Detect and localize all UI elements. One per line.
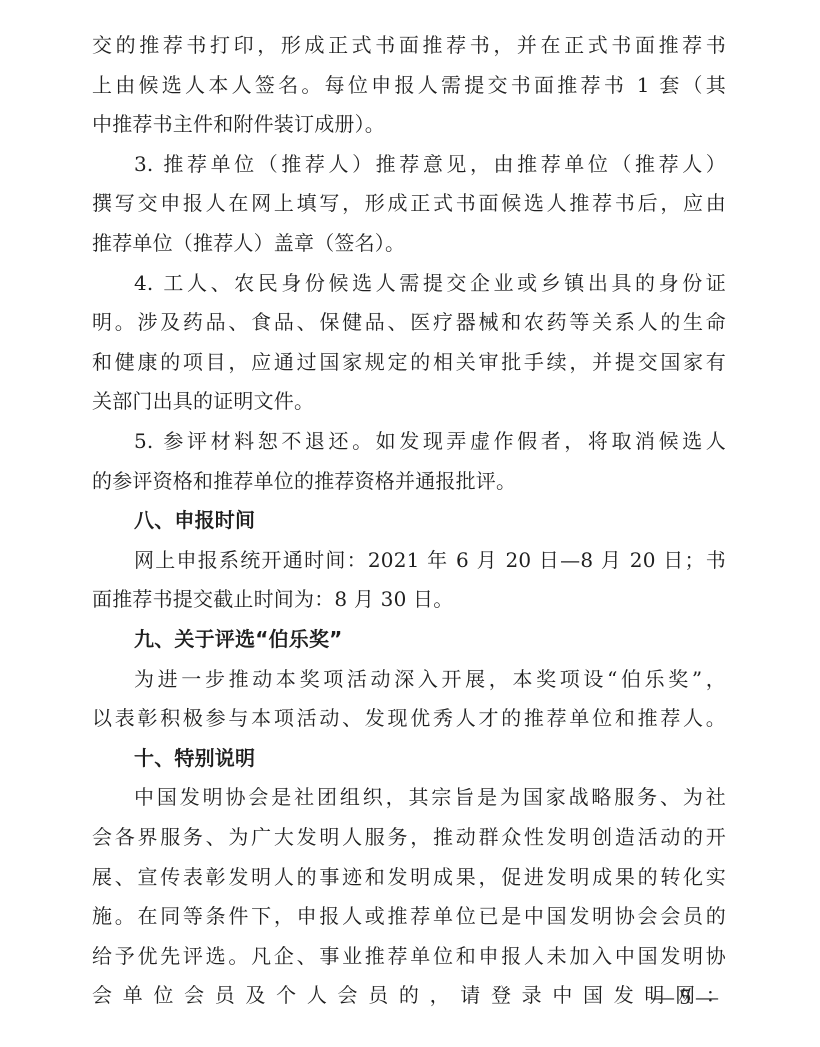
text-line: 和健康的项目，应通过国家规定的相关审批手续，并提交国家有 [92, 343, 726, 382]
text-line: 的参评资格和推荐单位的推荐资格并通报批评。 [92, 462, 726, 501]
section-heading: 十、特别说明 [134, 739, 726, 778]
text-line: 上由候选人本人签名。每位申报人需提交书面推荐书 1 套（其 [92, 66, 726, 105]
text-line: 施。在同等条件下，申报人或推荐单位已是中国发明协会会员的 [92, 897, 726, 936]
text-line: 展、宣传表彰发明人的事迹和发明成果，促进发明成果的转化实 [92, 858, 726, 897]
text-line: 网上申报系统开通时间：2021 年 6 月 20 日—8 月 20 日；书 [134, 541, 726, 580]
text-line: 明。涉及药品、食品、保健品、医疗器械和农药等关系人的生命 [92, 303, 726, 342]
text-line: 会单位会员及个人会员的，请登录中国发明网： [92, 976, 726, 1015]
text-line: 会各界服务、为广大发明人服务，推动群众性发明创造活动的开 [92, 818, 726, 857]
text-line: 5. 参评材料恕不退还。如发现弄虚作假者，将取消候选人 [134, 422, 726, 461]
text-line: 关部门出具的证明文件。 [92, 382, 726, 421]
text-line: 以表彰积极参与本项活动、发现优秀人才的推荐单位和推荐人。 [92, 699, 726, 738]
section-heading: 八、申报时间 [134, 501, 726, 540]
text-line: 中推荐书主件和附件装订成册）。 [92, 105, 726, 144]
section-heading: 九、关于评选“伯乐奖” [134, 620, 726, 659]
text-line: 撰写交申报人在网上填写，形成正式书面候选人推荐书后，应由 [92, 184, 726, 223]
text-line: 为进一步推动本奖项活动深入开展，本奖项设“伯乐奖”， [134, 660, 726, 699]
text-line: 交的推荐书打印，形成正式书面推荐书，并在正式书面推荐书 [92, 26, 726, 65]
document-page: — 5 — 交的推荐书打印，形成正式书面推荐书，并在正式书面推荐书上由候选人本人… [0, 0, 820, 1047]
text-line: 推荐单位（推荐人）盖章（签名）。 [92, 224, 726, 263]
text-line: 4. 工人、农民身份候选人需提交企业或乡镇出具的身份证 [134, 264, 726, 303]
text-line: 给予优先评选。凡企、事业推荐单位和申报人未加入中国发明协 [92, 937, 726, 976]
text-line: 面推荐书提交截止时间为：8 月 30 日。 [92, 580, 726, 619]
text-line: 中国发明协会是社团组织，其宗旨是为国家战略服务、为社 [134, 778, 726, 817]
text-line: 3. 推荐单位（推荐人）推荐意见，由推荐单位（推荐人） [134, 145, 726, 184]
